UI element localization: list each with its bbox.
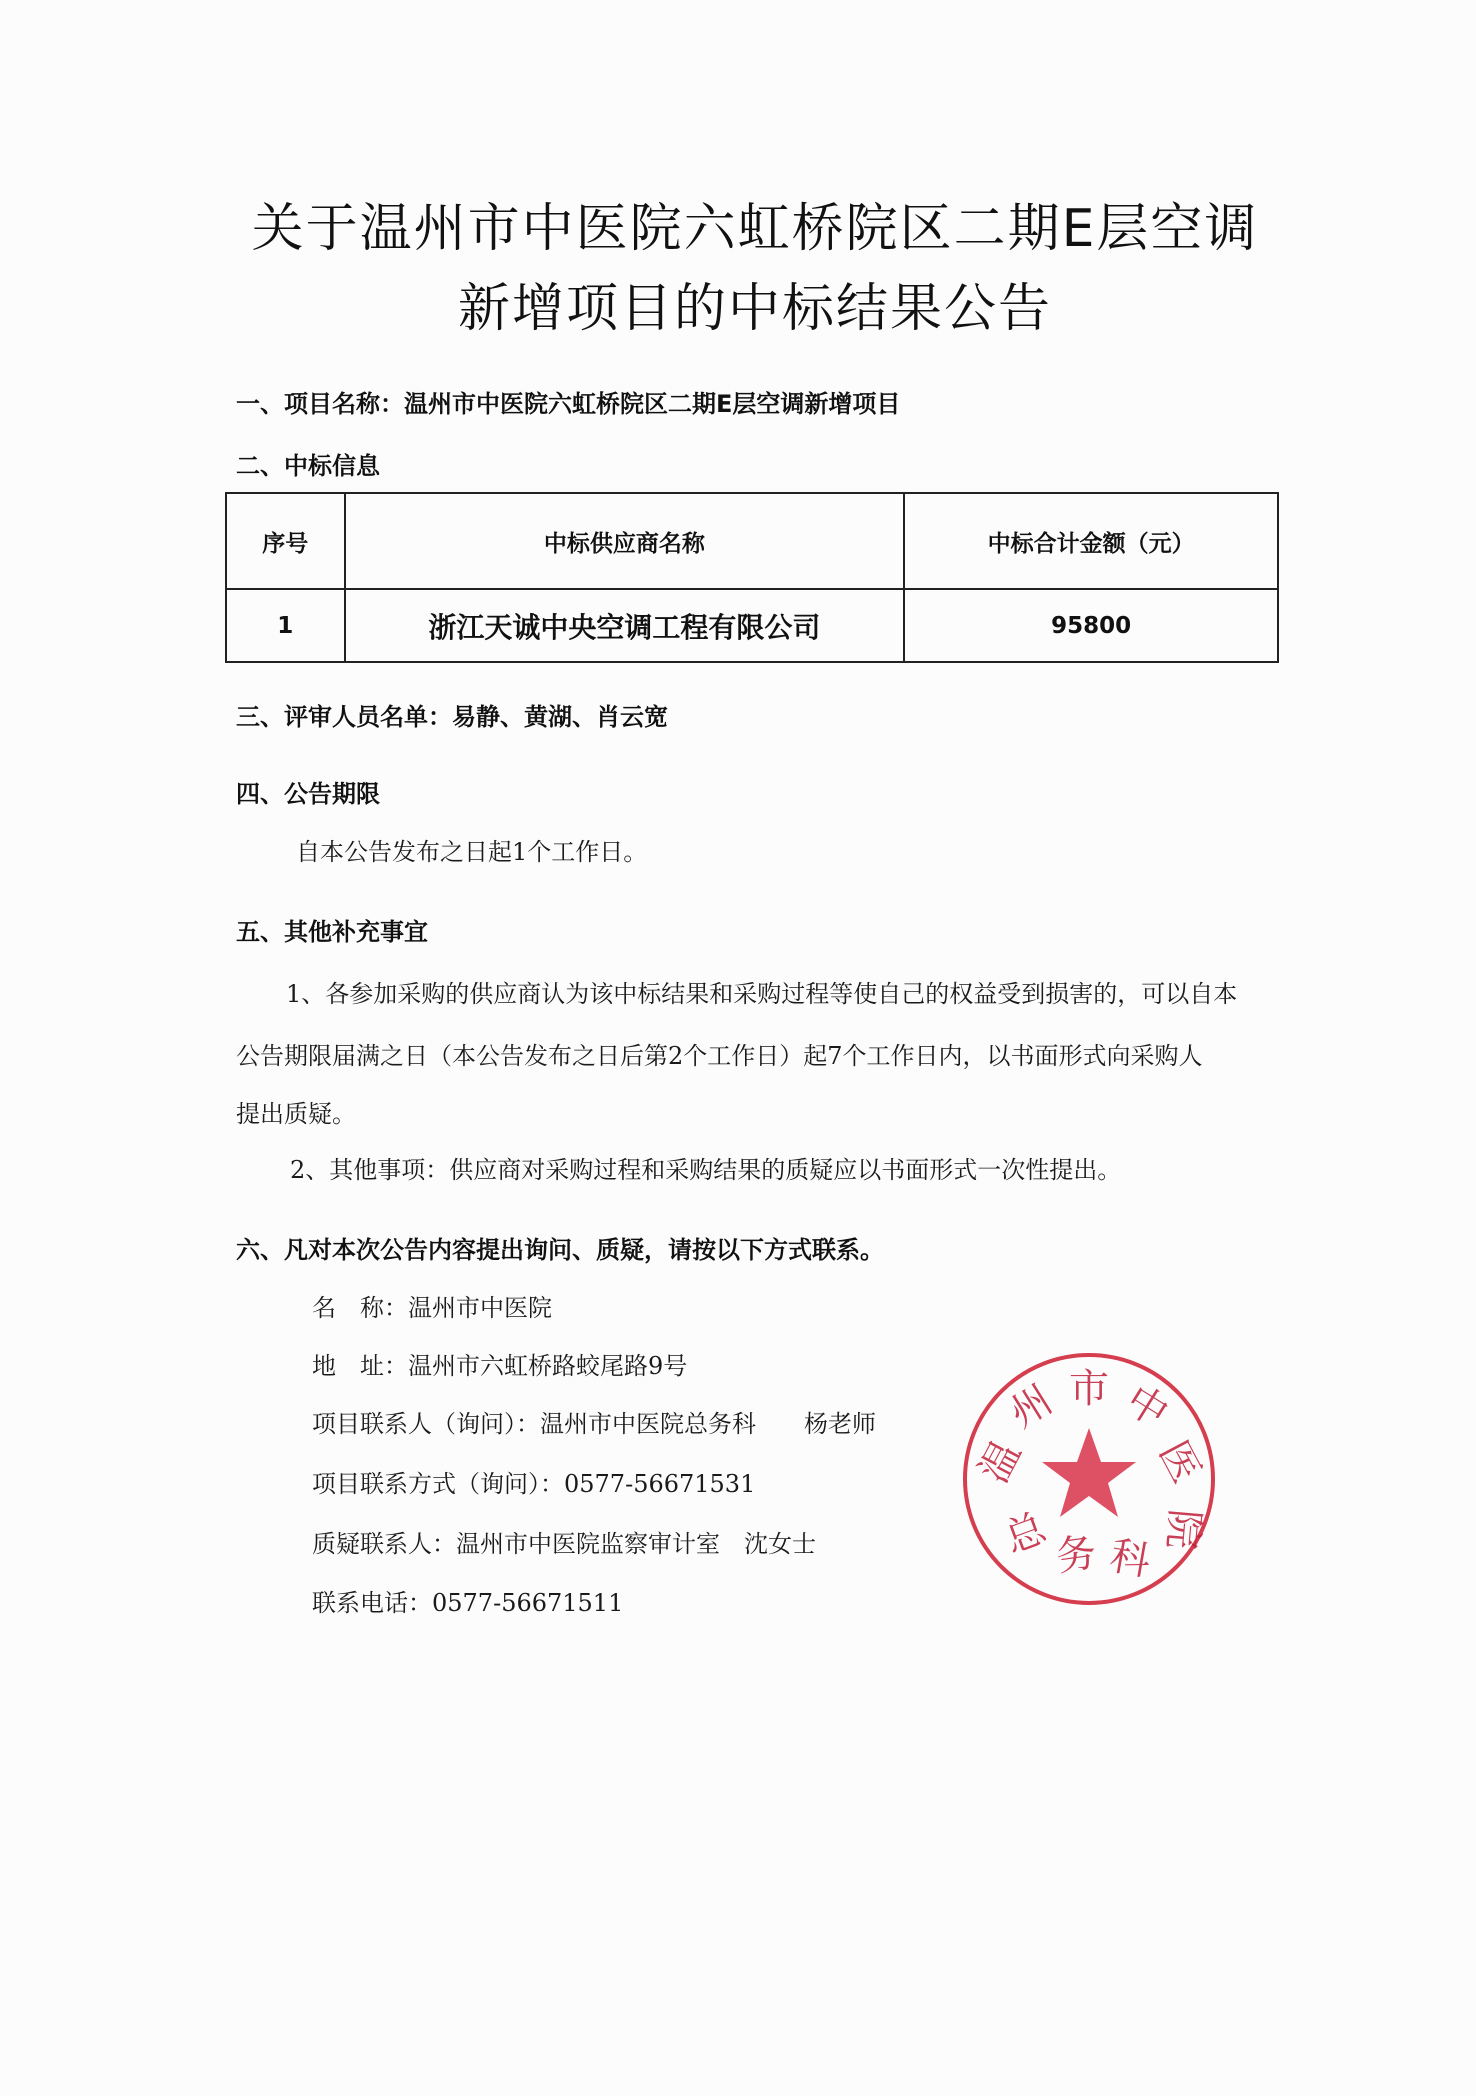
contact-value: 0577-56671511 <box>432 1589 623 1617</box>
section-other-matters-heading: 五、其他补充事宜 <box>236 912 428 947</box>
contact-label: 地 址： <box>312 1352 408 1380</box>
seal-graphic: 温 州 市 中 医 院 总 务 科 <box>960 1350 1218 1608</box>
cell-amount: 95800 <box>904 589 1278 662</box>
seal-char: 州 <box>1002 1377 1060 1437</box>
cell-no: 1 <box>226 589 345 662</box>
contact-value: 温州市中医院监察审计室 沈女士 <box>456 1530 816 1558</box>
contact-value: 温州市六虹桥路蛟尾路9号 <box>408 1352 687 1380</box>
contact-label: 项目联系人（询问）： <box>312 1410 540 1438</box>
award-table: 序号 中标供应商名称 中标合计金额（元） 1 浙江天诚中央空调工程有限公司 95… <box>225 492 1279 663</box>
document-title-line2: 新增项目的中标结果公告 <box>180 266 1330 341</box>
contact-complaint-person: 质疑联系人：温州市中医院监察审计室 沈女士 <box>312 1524 816 1559</box>
seal-char: 院 <box>1158 1507 1207 1551</box>
header-supplier: 中标供应商名称 <box>345 493 905 589</box>
section-heading: 三、评审人员名单： <box>236 703 452 731</box>
table-row: 1 浙江天诚中央空调工程有限公司 95800 <box>226 589 1278 662</box>
contact-value: 0577-56671531 <box>564 1470 755 1498</box>
contact-value: 温州市中医院总务科 杨老师 <box>540 1410 876 1438</box>
seal-char: 科 <box>1107 1533 1154 1585</box>
contact-project-person: 项目联系人（询问）：温州市中医院总务科 杨老师 <box>312 1404 876 1439</box>
seal-char: 中 <box>1118 1377 1176 1437</box>
other-matters-item1-line2: 公告期限届满之日（本公告发布之日后第2个工作日）起7个工作日内，以书面形式向采购… <box>236 1036 1203 1071</box>
star-icon <box>1042 1428 1136 1517</box>
section-heading: 一、项目名称： <box>236 390 404 418</box>
other-matters-item2: 2、其他事项：供应商对采购过程和采购结果的质疑应以书面形式一次性提出。 <box>290 1150 1121 1185</box>
section-award-info-heading: 二、中标信息 <box>236 446 380 481</box>
other-matters-item1-line3: 提出质疑。 <box>236 1094 356 1129</box>
cell-supplier: 浙江天诚中央空调工程有限公司 <box>345 589 905 662</box>
contact-value: 温州市中医院 <box>408 1294 552 1322</box>
contact-project-phone: 项目联系方式（询问）：0577-56671531 <box>312 1464 755 1499</box>
table-header-row: 序号 中标供应商名称 中标合计金额（元） <box>226 493 1278 589</box>
header-amount: 中标合计金额（元） <box>904 493 1278 589</box>
section-reviewers: 三、评审人员名单：易静、黄湖、肖云宽 <box>236 697 668 732</box>
section-project-name: 一、项目名称：温州市中医院六虹桥院区二期E层空调新增项目 <box>236 384 900 419</box>
contact-address: 地 址：温州市六虹桥路蛟尾路9号 <box>312 1346 687 1381</box>
contact-label: 质疑联系人： <box>312 1530 456 1558</box>
header-no: 序号 <box>226 493 345 589</box>
section-contact-heading: 六、凡对本次公告内容提出询问、质疑，请按以下方式联系。 <box>236 1230 884 1265</box>
contact-name: 名 称：温州市中医院 <box>312 1288 552 1323</box>
project-name-value: 温州市中医院六虹桥院区二期E层空调新增项目 <box>404 390 900 418</box>
seal-char: 总 <box>999 1505 1053 1562</box>
notice-period-body: 自本公告发布之日起1个工作日。 <box>296 832 647 867</box>
contact-complaint-phone: 联系电话：0577-56671511 <box>312 1583 623 1618</box>
other-matters-item1-line1: 1、各参加采购的供应商认为该中标结果和采购过程等使自己的权益受到损害的，可以自本 <box>286 974 1237 1009</box>
seal-char: 务 <box>1053 1530 1099 1581</box>
contact-label: 名 称： <box>312 1294 408 1322</box>
announcement-page: 关于温州市中医院六虹桥院区二期E层空调 新增项目的中标结果公告 一、项目名称：温… <box>0 0 1476 2096</box>
contact-label: 项目联系方式（询问）： <box>312 1470 564 1498</box>
seal-char: 温 <box>971 1433 1030 1490</box>
official-seal: 温 州 市 中 医 院 总 务 科 <box>960 1350 1218 1608</box>
contact-label: 联系电话： <box>312 1589 432 1617</box>
seal-char: 市 <box>1069 1366 1109 1412</box>
document-title-line1: 关于温州市中医院六虹桥院区二期E层空调 <box>180 186 1330 261</box>
seal-char: 医 <box>1150 1433 1209 1490</box>
reviewers-value: 易静、黄湖、肖云宽 <box>452 703 668 731</box>
section-notice-period-heading: 四、公告期限 <box>236 774 380 809</box>
